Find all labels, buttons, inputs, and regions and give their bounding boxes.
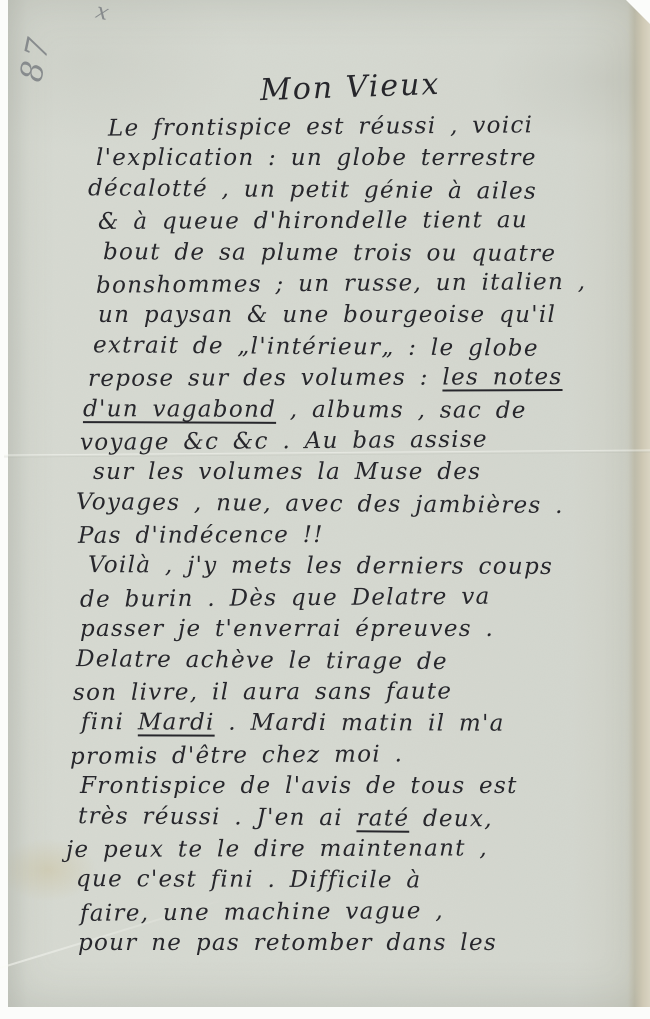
line-text: son livre, il aura sans faute [73,679,452,706]
letter-line: bonshommes ; un russe, un italien , [8,267,624,303]
underlined-phrase: d'un vagabond [83,396,276,423]
line-text: je peux te le dire maintenant , [66,835,488,863]
line-text: bout de sa plume trois ou quatre [103,239,556,267]
line-text: Voilà , j'y mets les derniers coups [88,553,553,581]
line-text: un paysan & une bourgeoise qu'il [98,302,556,328]
line-text: sur les volumes la Muse des [93,459,481,485]
letter-line: pour ne pas retomber dans les [8,928,624,959]
page-deckle-edge [628,0,650,1007]
line-text: promis d'être chez moi . [70,741,403,770]
letter-line: je peux te le dire maintenant , [8,833,624,867]
letter-line: & à queue d'hirondelle tient au [8,205,624,239]
line-text: bonshommes ; un russe, un italien , [96,269,587,299]
letter-line: passer je t'enverrai épreuves . [8,614,624,645]
letter-line: d'un vagabond , albums , sac de [8,393,624,427]
pencil-cross-mark: x [93,0,111,26]
letter-line: faire, une machine vague , [8,894,624,930]
letter-line: Le frontispice est réussi , voici [8,110,624,146]
line-text: passer je t'enverrai épreuves . [80,616,494,642]
line-text: pour ne pas retomber dans les [78,930,497,956]
line-text: que c'est fini . Difficile à [76,866,422,893]
letter-line: promis d'être chez moi . [8,737,624,773]
line-text: de burin . Dès que Delatre va [80,584,491,613]
letter-line: extrait de „l'intérieur„ : le globe [8,329,624,365]
letter-line: Pas d'indécence !! [8,519,624,553]
letter-line: un paysan & une bourgeoise qu'il [8,300,624,331]
salutation: Mon Vieux [259,67,440,108]
letter-line: Voyages , nue, avec des jambières . [8,486,624,522]
line-text: l'explication : un globe terrestre [96,145,537,171]
letter-line: repose sur des volumes : les notes [8,362,624,396]
line-text: repose sur des volumes : [88,365,442,392]
letter-line: l'explication : un globe terrestre [8,143,624,174]
letter-line: Delatre achève le tirage de [8,643,624,679]
letter-line: sur les volumes la Muse des [8,457,624,488]
letter-page: 87 x Mon Vieux Le frontispice est réussi… [8,0,650,1007]
line-text: faire, une machine vague , [80,898,444,927]
line-text: Frontispice de l'avis de tous est [80,773,518,799]
line-text: extrait de „l'intérieur„ : le globe [93,332,539,361]
letter-line: bout de sa plume trois ou quatre [8,236,624,270]
underlined-phrase: Mardi [138,710,215,736]
clipped-corner [626,0,650,24]
letter-line: Frontispice de l'avis de tous est [8,771,624,802]
line-text: Pas d'indécence !! [78,522,324,549]
line-text: Delatre achève le tirage de [76,646,448,675]
letter-body: Le frontispice est réussi , voicil'expli… [8,112,624,960]
pencil-number-annotation: 87 [13,31,58,85]
line-text: très réussi . J'en ai [78,803,357,831]
line-text: . Mardi matin il m'a [215,710,505,737]
letter-line: de burin . Dès que Delatre va [8,580,624,616]
letter-line: décalotté , un petit génie à ailes [8,172,624,208]
line-text: deux, [409,805,493,832]
letter-line: très réussi . J'en ai raté deux, [8,800,624,836]
line-text: & à queue d'hirondelle tient au [98,207,528,235]
letter-line: voyage &c &c . Au bas assise [8,424,624,460]
underlined-phrase: raté [356,805,409,831]
line-text: Le frontispice est réussi , voici [108,112,533,141]
line-text: fini [81,710,138,736]
line-text: Voyages , nue, avec des jambières . [76,489,564,519]
line-text: , albums , sac de [276,396,527,423]
line-text: décalotté , un petit génie à ailes [88,175,537,204]
letter-line: son livre, il aura sans faute [8,676,624,710]
line-text: voyage &c &c . Au bas assise [80,427,488,456]
underlined-phrase: les notes [442,364,562,390]
letter-line: Voilà , j'y mets les derniers coups [8,550,624,584]
letter-line: que c'est fini . Difficile à [8,864,624,898]
letter-line: fini Mardi . Mardi matin il m'a [8,707,624,741]
